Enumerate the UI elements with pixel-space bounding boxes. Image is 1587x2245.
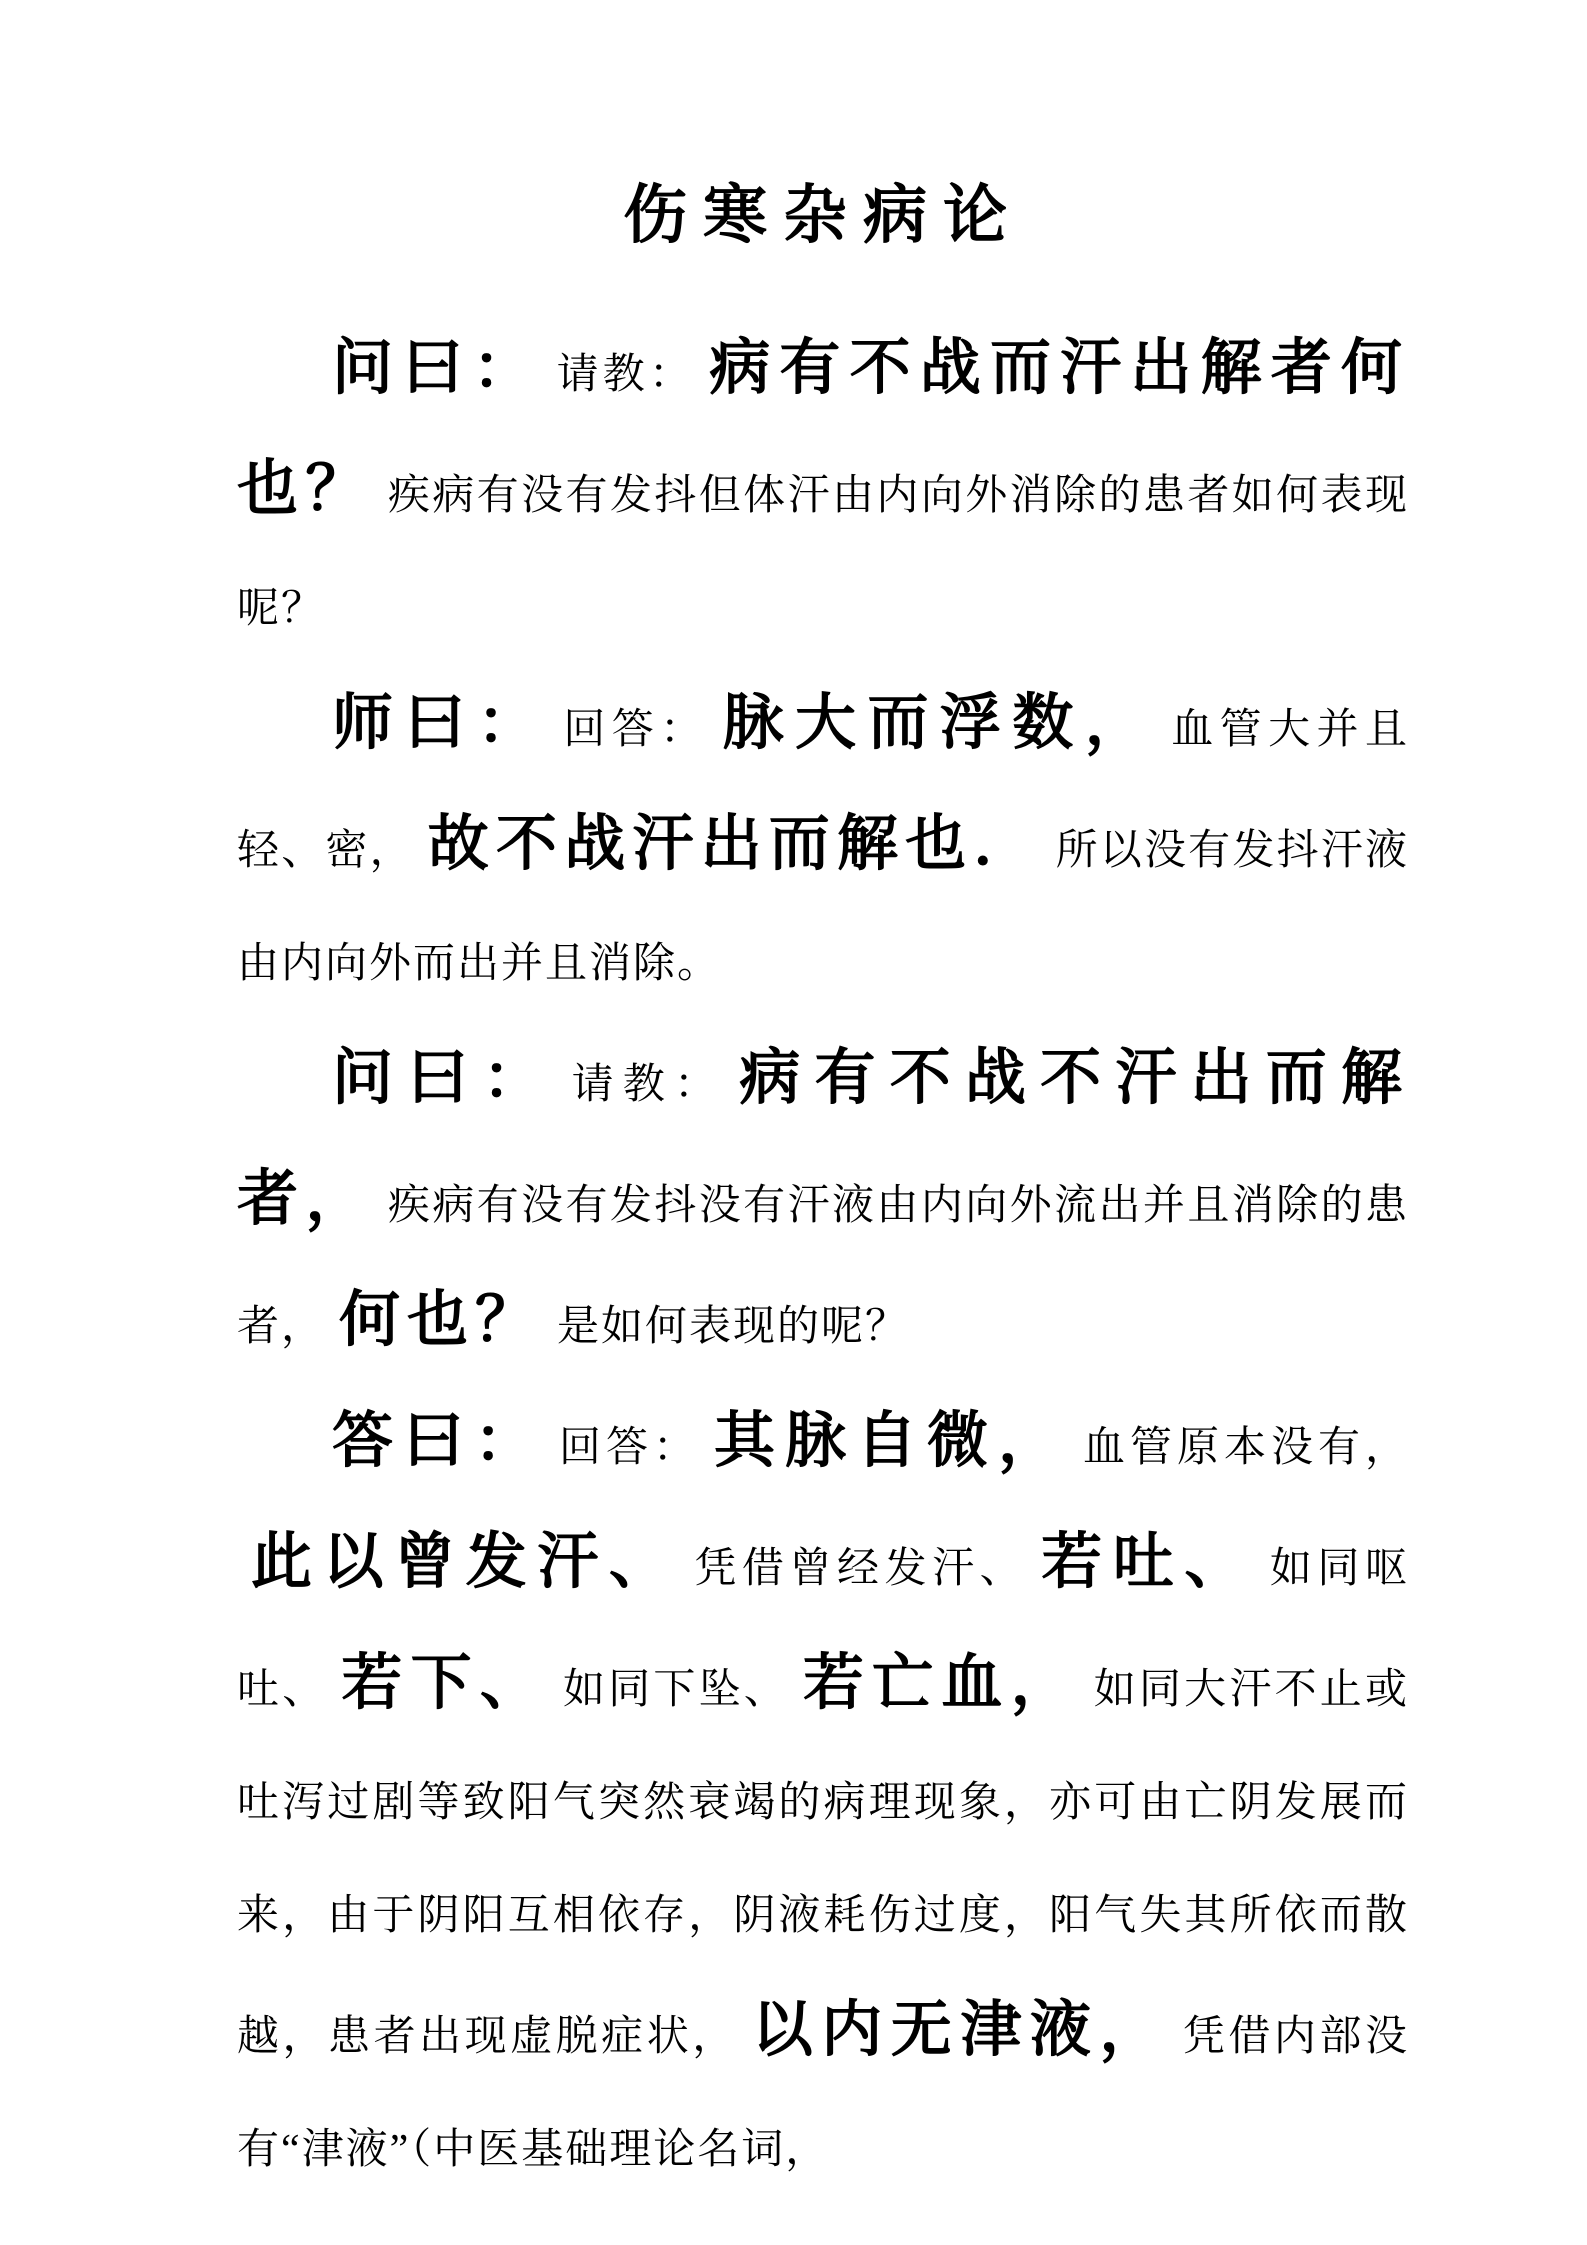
text-run-plain: 血管原本没有， — [1083, 1425, 1409, 1471]
paragraph: 答曰：回答：其脉自微，血管原本没有，此以曾发汗、凭借曾经发汗、若吐、如同呕吐、若… — [237, 1384, 1409, 2207]
text-run-brush: 故不战汗出而解也． — [428, 808, 1042, 879]
text-run-plain: 疾病有没有发抖但体汗由内向外消除的患者如何表现呢？ — [237, 473, 1409, 632]
paragraph: 问曰：请教：病有不战不汗出而解者，疾病有没有发抖没有汗液由内向外流出并且消除的患… — [237, 1021, 1409, 1384]
text-run-brush: 何也？ — [339, 1284, 543, 1355]
text-run-plain: 请教： — [557, 352, 696, 398]
text-run-brush: 以内无津液， — [752, 1994, 1169, 2065]
document-title: 伤寒杂病论 — [237, 158, 1409, 273]
text-run-brush: 若吐、 — [1041, 1526, 1256, 1597]
document-body: 问曰：请教：病有不战而汗出解者何也？疾病有没有发抖但体汗由内向外消除的患者如何表… — [237, 311, 1409, 2207]
text-run-brush: 师曰： — [332, 687, 549, 758]
text-run-plain: 凭借曾经发汗、 — [694, 1546, 1027, 1592]
text-run-plain: 回答： — [563, 707, 708, 753]
text-run-plain: 如同下坠、 — [563, 1667, 789, 1713]
text-run-plain: 请教： — [572, 1062, 726, 1108]
text-run-brush: 此以曾发汗、 — [251, 1526, 680, 1597]
text-run-plain: 回答： — [559, 1425, 700, 1471]
text-run-brush: 若下、 — [341, 1647, 549, 1718]
paragraph: 问曰：请教：病有不战而汗出解者何也？疾病有没有发抖但体汗由内向外消除的患者如何表… — [237, 311, 1409, 666]
text-run-brush: 若亡血， — [803, 1647, 1080, 1718]
text-run-brush: 其脉自微， — [714, 1405, 1069, 1476]
text-run-brush: 问曰： — [332, 1042, 558, 1113]
text-run-plain: 是如何表现的呢？ — [557, 1304, 909, 1350]
document-page: 伤寒杂病论 问曰：请教：病有不战而汗出解者何也？疾病有没有发抖但体汗由内向外消除… — [0, 0, 1587, 2245]
paragraph: 师曰：回答：脉大而浮数，血管大并且轻、密，故不战汗出而解也．所以没有发抖汗液由内… — [237, 666, 1409, 1021]
text-run-brush: 问曰： — [332, 332, 543, 403]
text-run-brush: 答曰： — [332, 1405, 545, 1476]
text-run-brush: 脉大而浮数， — [723, 687, 1158, 758]
